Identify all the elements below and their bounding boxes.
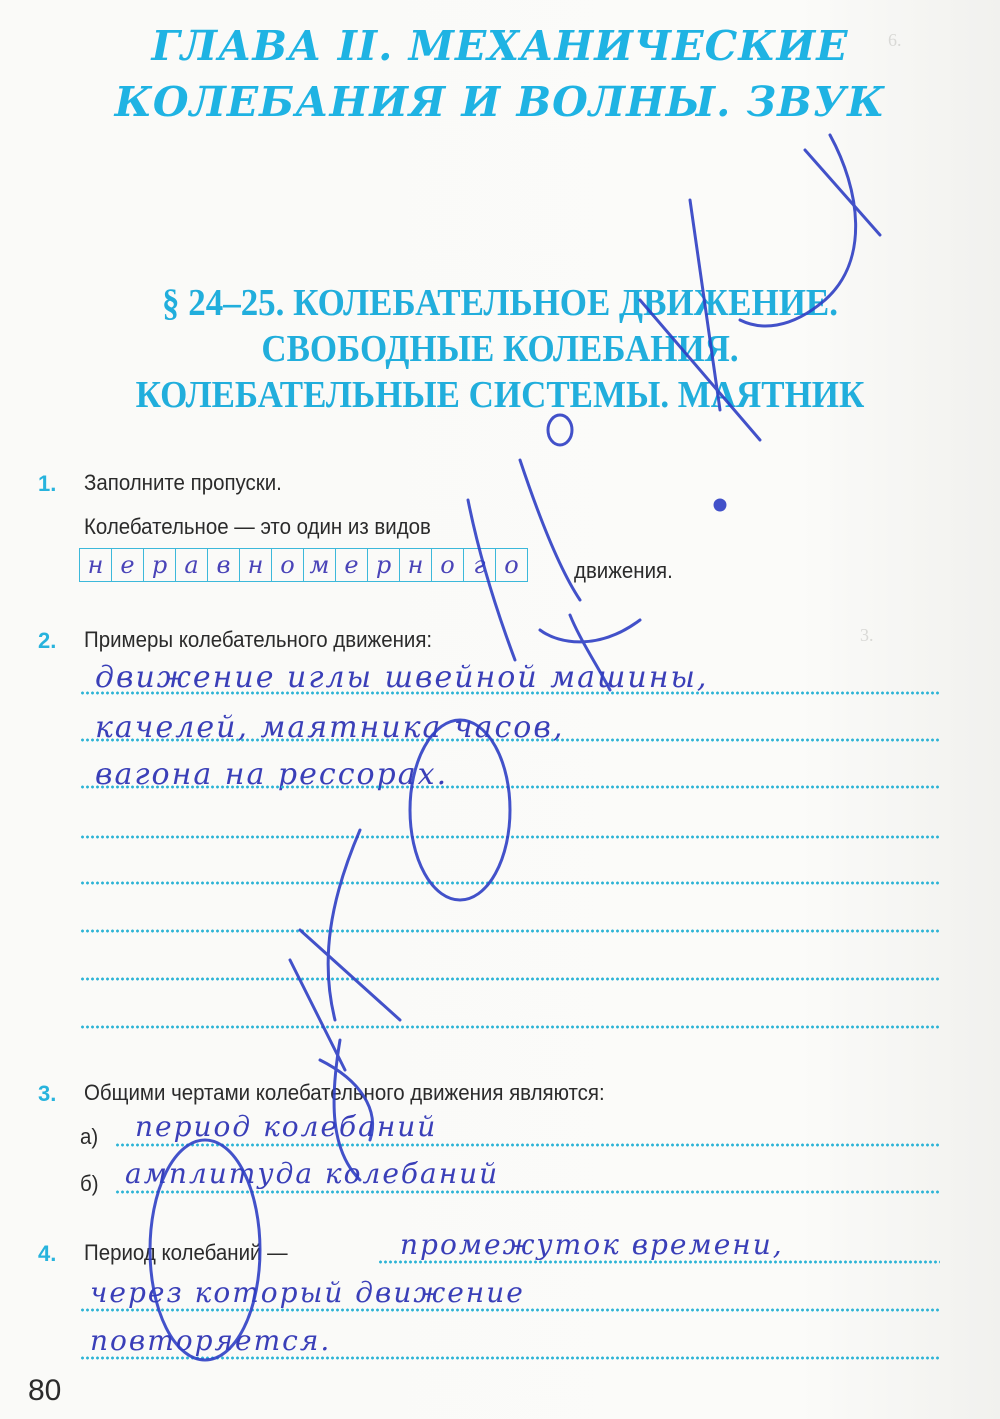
task-1-letter-boxes[interactable]: н е р а в н о м е р н о г о <box>79 548 528 582</box>
letter-box[interactable]: е <box>112 549 144 581</box>
workbook-page: 6. 3. ГЛАВА II. МЕХАНИЧЕСКИЕ КОЛЕБАНИЯ И… <box>0 0 1000 1419</box>
letter-box[interactable]: о <box>272 549 304 581</box>
answer-line <box>80 1308 940 1312</box>
letter-box[interactable]: н <box>240 549 272 581</box>
task-4-number: 4. <box>38 1241 56 1267</box>
letter-box[interactable]: р <box>144 549 176 581</box>
letter-box[interactable]: о <box>432 549 464 581</box>
task-1-number: 1. <box>38 471 56 497</box>
section-title-line-2: СВОБОДНЫЕ КОЛЕБАНИЯ. <box>40 326 960 372</box>
answer-line[interactable] <box>80 929 940 933</box>
task-4-answer-line-1[interactable]: промежуток времени, <box>400 1228 784 1261</box>
letter-box[interactable]: р <box>368 549 400 581</box>
task-4-answer-line-2[interactable]: через который движение <box>90 1276 525 1309</box>
task-3-item-b-answer[interactable]: амплитуда колебаний <box>125 1157 499 1190</box>
task-1-sentence-start: Колебательное — это один из видов <box>84 514 431 540</box>
task-4-prompt: Период колебаний — <box>84 1240 288 1266</box>
answer-line <box>80 738 940 742</box>
chapter-title-line-1: ГЛАВА II. МЕХАНИЧЕСКИЕ <box>0 18 1000 74</box>
answer-line <box>80 1356 940 1360</box>
show-through-text: 3. <box>860 625 874 646</box>
answer-line <box>80 691 940 695</box>
answer-line <box>378 1260 940 1264</box>
task-3-prompt: Общими чертами колебательного движения я… <box>84 1080 605 1106</box>
chapter-title-line-2: КОЛЕБАНИЯ И ВОЛНЫ. ЗВУК <box>0 74 1000 130</box>
task-2-answer-line-1[interactable]: движение иглы швейной машины, <box>95 660 708 695</box>
task-1-prompt: Заполните пропуски. <box>84 470 282 496</box>
answer-line <box>115 1190 940 1194</box>
answer-line[interactable] <box>80 977 940 981</box>
page-number: 80 <box>28 1374 61 1408</box>
letter-box[interactable]: н <box>80 549 112 581</box>
answer-line <box>115 1143 940 1147</box>
section-title-line-3: КОЛЕБАТЕЛЬНЫЕ СИСТЕМЫ. МАЯТНИК <box>40 372 960 418</box>
letter-box[interactable]: е <box>336 549 368 581</box>
task-4-answer-line-3[interactable]: повторяется. <box>90 1324 331 1357</box>
letter-box[interactable]: в <box>208 549 240 581</box>
letter-box[interactable]: о <box>496 549 527 581</box>
task-3-item-a-answer[interactable]: период колебаний <box>135 1110 437 1143</box>
answer-line[interactable] <box>80 835 940 839</box>
task-2-number: 2. <box>38 628 56 654</box>
letter-box[interactable]: н <box>400 549 432 581</box>
section-title-line-1: § 24–25. КОЛЕБАТЕЛЬНОЕ ДВИЖЕНИЕ. <box>40 280 960 326</box>
task-3-item-a-label: а) <box>80 1124 98 1150</box>
task-2-prompt: Примеры колебательного движения: <box>84 627 432 653</box>
letter-box[interactable]: г <box>464 549 496 581</box>
task-1-sentence-end: движения. <box>574 558 673 584</box>
task-3-number: 3. <box>38 1081 56 1107</box>
answer-line[interactable] <box>80 881 940 885</box>
answer-line[interactable] <box>80 1025 940 1029</box>
letter-box[interactable]: м <box>304 549 336 581</box>
letter-box[interactable]: а <box>176 549 208 581</box>
answer-line <box>80 785 940 789</box>
task-3-item-b-label: б) <box>80 1171 99 1197</box>
